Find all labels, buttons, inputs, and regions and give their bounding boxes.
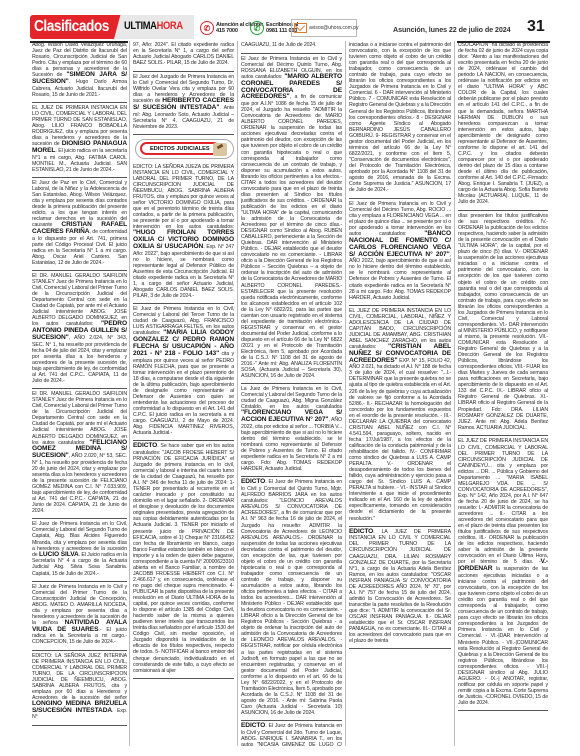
notice-tail: la suspensión de las acciones ejecutivas…: [458, 566, 548, 706]
publication-date: Asunción, lunes 22 de julio de 2024: [393, 25, 511, 34]
notice-separator: [458, 707, 548, 711]
notice-text: La Juez de Primera Instancia en lo Civil…: [241, 386, 342, 410]
legal-notice: EDICTO. El Juez de Primera Instancia en …: [241, 478, 342, 717]
notice-tail: cita y emplaza por quince veces al señor…: [133, 351, 234, 436]
phone-number: 415 7000: [216, 28, 238, 34]
legal-notice: EDICTO: LA SEÑORA JUEZA DE PRIMERA INSTA…: [133, 163, 234, 300]
legal-notice: El Juez de Primera Instancia en lo Civil…: [32, 583, 127, 647]
legal-notice: EDICTO. El Juez de Primera Instancia en …: [241, 722, 342, 746]
column-5: USUCAPION" ha dictado la providencia de …: [456, 41, 550, 746]
notice-separator: [349, 523, 451, 527]
notice-text: CAAGUAZU, 11 de Julio de 2024.: [241, 42, 316, 48]
notice-text: iniciadas o a iniciarse contra el patrim…: [349, 42, 451, 193]
notice-highlight: EDICTO: [349, 528, 373, 535]
column-divider: [454, 41, 455, 746]
notice-tail: , AÑO 2022, cita por edictos al señor ..…: [241, 417, 342, 472]
notice-text: EDICTO: LA SEÑORA JUEZA DE PRIMERA INSTA…: [133, 164, 234, 230]
notice-text: EDICTO: LA SEÑORA JUEZ INTERINA DE PRIME…: [32, 653, 127, 701]
notice-separator: [32, 385, 127, 389]
page-header: Clasificados ULTIMAHORA ✆ Atención al cl…: [0, 0, 580, 42]
legal-notice: El Juez de Primera Instancia en lo Civil…: [349, 200, 451, 302]
envelope-icon: [294, 23, 307, 33]
legal-notice: Abog. Wilson David Velázquez Urunaga, Ju…: [32, 41, 127, 99]
column-4: iniciadas o a iniciarse contra el patrim…: [347, 41, 453, 746]
column-2: 97, Año: 2024". El citado expediente rad…: [131, 41, 236, 746]
notice-highlight: EDICTO: [241, 478, 265, 485]
notice-separator: [349, 195, 451, 199]
whatsapp-icon: ✆: [250, 21, 264, 35]
legal-notice: El DR. MANUEL GERALDO SAIFILDIN STANLEY …: [32, 390, 127, 515]
notice-tail: , AÑO 2.020, N° 53, SEC. N° 1, ha resuel…: [32, 453, 127, 514]
column-divider: [345, 41, 346, 746]
notice-text: EL JUEZ DE PRIMERA INSTANCIA EN LO CIVIL…: [458, 438, 548, 565]
column-3: CAAGUAZU, 11 de Julio de 2024.El Juez de…: [239, 41, 344, 746]
notice-separator: [32, 578, 127, 582]
legal-notice: EDICTO. LA JUEZ DE PRIMERA INSTANCIA EN …: [349, 528, 451, 646]
legal-notice: EDICTO: LA SEÑORA JUEZ INTERINA DE PRIME…: [32, 652, 127, 722]
notice-separator: [133, 675, 234, 679]
notice-tail: . Exp. N° 247 Año: 2022", bajo apercibim…: [133, 244, 234, 299]
notice-tail: . LA JUEZ DE PRIMERA INSTANCIA EN LO CIV…: [349, 529, 451, 645]
legal-notice: El Juez de Primera Instancia en lo Civil…: [32, 520, 127, 577]
legal-notice: El Juez de Paz en lo Civil, Comercial y …: [32, 179, 127, 267]
notice-separator: [133, 131, 234, 135]
notice-highlight: EDICTO: [241, 722, 265, 729]
legal-notice: EDICTO. Se hace saber que en los autos c…: [133, 442, 234, 675]
notice-separator: [32, 267, 127, 271]
phone-icon: ✆: [200, 21, 214, 35]
gavel-icon: [213, 143, 227, 156]
notice-separator: [32, 722, 127, 726]
notice-separator: [458, 207, 548, 211]
classifieds-columns: Abog. Wilson David Velázquez Urunaga, Ju…: [30, 41, 550, 746]
legal-notice: El Juez de Primera Instancia en lo Civil…: [241, 55, 342, 380]
legal-notice: 97, Año: 2024". El citado expediente rad…: [133, 41, 234, 68]
notice-text: 97, Año: 2024". El citado expediente rad…: [133, 42, 234, 66]
notice-tail: EXP. N° 15, FOLIO 42, AÑO 2.021, ha dict…: [349, 358, 451, 522]
notice-separator: [241, 380, 342, 384]
notice-separator: [349, 645, 451, 649]
notice-text: El DR. MANUEL GERALDO SAIFILDIN STANLEY …: [32, 273, 127, 327]
logo-part-ultima: ULTIMA: [124, 20, 157, 32]
legal-notice: EL JUEZ DE PRIMERA INSTANCIA EN LO CIVIL…: [32, 104, 127, 174]
notice-text: USUCAPION" ha dictado la providencia de …: [458, 42, 548, 205]
page-number: 31: [527, 18, 545, 36]
notice-separator: [458, 432, 548, 436]
notice-separator: [32, 515, 127, 519]
notice-tail: , a fin de comunicar que por A.I.N° 1086…: [241, 94, 342, 379]
notice-highlight: LUCIO SILVA: [39, 551, 79, 558]
column-divider: [129, 41, 130, 746]
notice-separator: [133, 437, 234, 441]
section-badge-label: EDICTOS JUDICIALES: [140, 142, 220, 155]
legal-notice: días presenten los títulos justificativo…: [458, 212, 548, 432]
logo-part-hora: HORA: [157, 20, 183, 32]
legal-notice: El DR. MANUEL GERALDO SAIFILDIN STANLEY …: [32, 272, 127, 385]
notice-tail: . El Juez de Primera Instancia en lo Civ…: [241, 479, 342, 716]
notice-tail: , AÑO 2022, bajo apercibimiento de que s…: [349, 252, 451, 301]
notice-separator: [32, 647, 127, 651]
edictos-judiciales-badge: EDICTOS JUDICIALES: [135, 139, 234, 159]
legal-notice: El Juez del Juzgado de Primera Instancia…: [133, 73, 234, 131]
notice-separator: [32, 174, 127, 178]
legal-notice: EL JUEZ DE PRIMERA INSTANCIA EN LO CIVIL…: [349, 307, 451, 523]
notice-separator: [241, 50, 342, 54]
notice-text: días presenten los títulos justificativo…: [458, 213, 548, 431]
notice-tail: , AÑO 2.024, N° 343, SEC. N° 1, ha resue…: [32, 335, 127, 384]
notice-separator: [133, 300, 234, 304]
column-divider: [237, 41, 238, 746]
notice-separator: [133, 68, 234, 72]
newspaper-logo: ULTIMAHORA: [124, 20, 183, 32]
section-title: Clasificados: [34, 15, 109, 39]
legal-notice: La Juez de Primera Instancia en lo Civil…: [241, 385, 342, 473]
notice-separator: [241, 473, 342, 477]
email-contact: avisos@uhora.com.py: [291, 19, 357, 37]
notice-separator: [241, 717, 342, 721]
legal-notice: EL JUEZ DE PRIMERA INSTANCIA EN LO CIVIL…: [458, 437, 548, 707]
email-address: avisos@uhora.com.py: [309, 25, 359, 31]
notice-separator: [32, 99, 127, 103]
notice-highlight: EDICTO: [133, 442, 157, 449]
notice-separator: [349, 302, 451, 306]
notice-tail: . Se hace saber que en los autos caratul…: [133, 443, 234, 673]
notice-text: El DR. MANUEL GERALDO SAIFILDIN STANLEY …: [32, 391, 127, 445]
legal-notice: CAAGUAZU, 11 de Julio de 2024.: [241, 41, 342, 50]
notice-highlight: "FLORENCIANO VEGA S/ ACCION EJECUTIVA N°…: [241, 409, 342, 423]
column-1: Abog. Wilson David Velázquez Urunaga, Ju…: [30, 41, 129, 746]
legal-notice: USUCAPION" ha dictado la providencia de …: [458, 41, 548, 207]
legal-notice: iniciadas o a iniciarse contra el patrim…: [349, 41, 451, 195]
legal-notice: El Juez de Primera Instancia en lo Civil…: [133, 305, 234, 437]
